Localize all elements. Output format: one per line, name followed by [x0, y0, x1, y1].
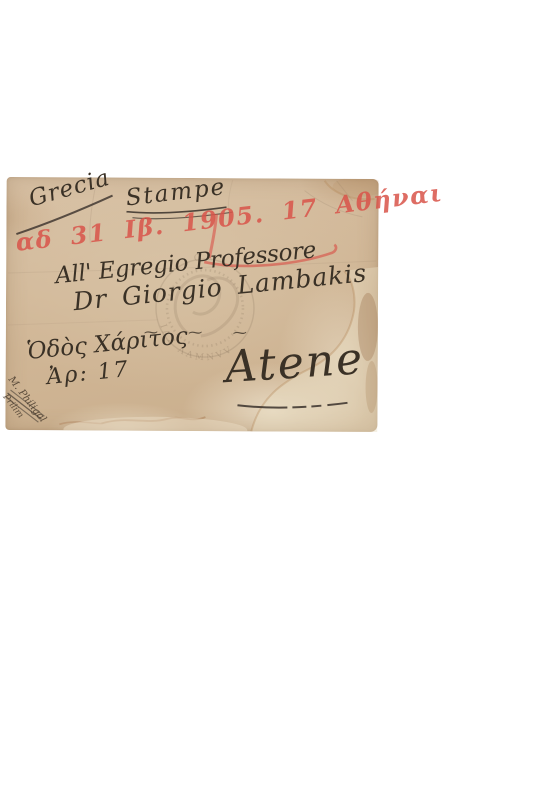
stain-pale-bottom-left [63, 416, 247, 432]
envelope-scan: Ο ΙΑΣ ΛΑΜΝVV Grecia Stampe αδ 31 Ιβ. 190… [5, 177, 378, 432]
city-line: Atene [224, 337, 366, 390]
crease-horizontal-lower [8, 319, 158, 326]
